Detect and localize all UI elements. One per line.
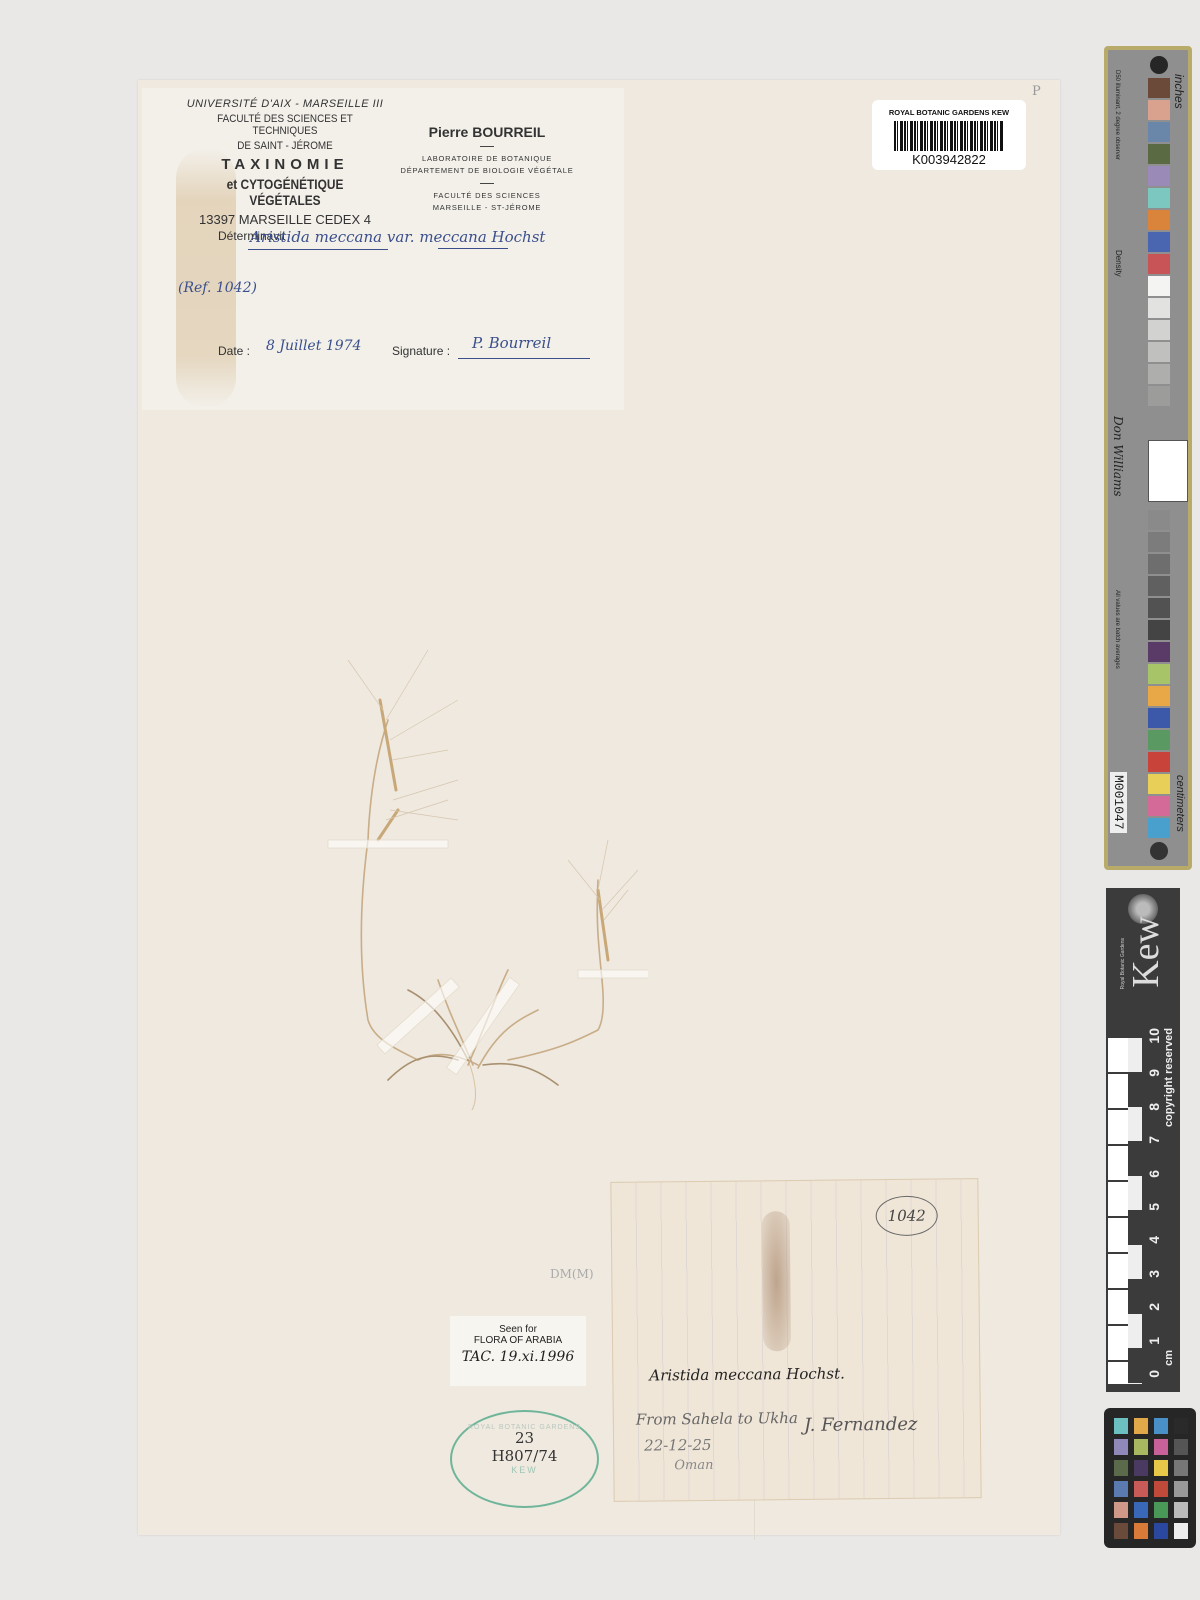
registration-dot-icon [1150,56,1168,74]
seen-for-label: Seen for FLORA OF ARABIA TAC. 19.xi.1996 [450,1316,586,1386]
institution-line: DE SAINT - JÉROME [191,140,380,152]
original-date: 22-12-25 [644,1436,712,1455]
kew-subtitle: Royal Botanic Gardens [1120,938,1126,989]
stain [762,1211,791,1351]
divider [480,183,494,184]
strip-note: D50 illuminant, 2 degree observer [1114,70,1120,160]
colour-swatch [1148,276,1170,296]
density-label: Density [1114,250,1123,277]
scale-number: 3 [1146,1270,1164,1278]
colour-patch [1174,1481,1188,1497]
scale-bar [1128,1038,1142,1384]
colour-patch [1154,1439,1168,1455]
colour-patch [1134,1481,1148,1497]
colour-patch [1174,1460,1188,1476]
colour-swatch [1148,664,1170,684]
colour-swatch [1148,774,1170,794]
original-collector: J. Fernandez [804,1414,918,1436]
colour-patch [1154,1523,1168,1539]
colour-swatch [1148,576,1170,596]
colour-swatch [1148,78,1170,98]
lab-line: FACULTÉ DES SCIENCES [397,190,577,202]
colour-swatch [1148,122,1170,142]
colour-patch [1134,1523,1148,1539]
scale-number: 9 [1146,1069,1164,1077]
colour-swatch [1148,342,1170,362]
colour-swatch [1148,210,1170,230]
institution-line: FACULTÉ DES SCIENCES ET TECHNIQUES [191,113,380,137]
colour-patch [1114,1502,1128,1518]
colour-patch [1114,1481,1128,1497]
colour-swatch [1148,144,1170,164]
underline [438,248,508,249]
swatch-column-top [1148,78,1172,408]
date-value: 8 Juillet 1974 [266,338,361,354]
inches-label: inches [1172,74,1186,109]
colour-swatch [1148,510,1170,530]
stamp-number: 23 [452,1429,597,1447]
swatch-column-bottom [1148,510,1172,840]
colour-swatch [1148,554,1170,574]
colour-patch [1174,1439,1188,1455]
colour-patch [1134,1502,1148,1518]
colour-swatch [1148,686,1170,706]
colour-target-card [1104,1408,1196,1548]
kew-scale-ruler: Kew Royal Botanic Gardens 012345678910 c… [1106,888,1180,1392]
colour-swatch [1148,254,1170,274]
plant-specimen [308,640,648,1110]
colour-swatch [1148,166,1170,186]
original-locality: From Sahela to Ukha [636,1409,798,1429]
colour-patch [1174,1418,1188,1434]
taxon-handwritten: Aristida meccana var. meccana Hochst [250,228,545,246]
colour-swatch [1148,100,1170,120]
strip-note: All values are batch averages [1114,590,1120,669]
lab-line: LABORATOIRE DE BOTANIQUE [397,153,577,165]
institution-line: et CYTOGÉNÉTIQUE VÉGÉTALES [196,176,375,208]
scale-number: 6 [1146,1170,1164,1178]
colour-swatch [1148,818,1170,838]
colour-patch [1174,1523,1188,1539]
colour-patch [1114,1523,1128,1539]
corner-mark: P [1032,84,1041,99]
colour-patch [1154,1418,1168,1434]
strip-code: M001047 [1110,772,1127,833]
colour-swatch [1148,532,1170,552]
seen-for-line: Seen for [450,1324,586,1335]
scale-number: 8 [1146,1103,1164,1111]
barcode-label: ROYAL BOTANIC GARDENS KEW K003942822 [872,100,1026,170]
density-chart [1148,440,1188,502]
colour-patch [1134,1460,1148,1476]
colour-patch [1114,1439,1128,1455]
colour-swatch [1148,598,1170,618]
colour-swatch [1148,232,1170,252]
colour-swatch [1148,188,1170,208]
colour-patch [1154,1481,1168,1497]
scale-number: 4 [1146,1236,1164,1244]
date-label: Date : [218,344,250,358]
dm-annotation: DM(M) [550,1267,594,1281]
circled-number: 1042 [875,1196,937,1237]
signature-value: P. Bourreil [472,334,551,352]
barcode-number: K003942822 [872,152,1026,167]
colour-swatch [1148,642,1170,662]
strip-brand: Don Williams [1111,416,1125,497]
colour-swatch [1148,752,1170,772]
original-taxon: Aristida meccana Hochst. [649,1364,845,1384]
herbarium-sheet: UNIVERSITÉ D'AIX - MARSEILLE III FACULTÉ… [138,80,1060,1535]
colour-swatch [1148,796,1170,816]
signature-line [458,358,590,359]
colour-swatch [1148,730,1170,750]
determination-label: UNIVERSITÉ D'AIX - MARSEILLE III FACULTÉ… [142,88,624,410]
underline [248,249,388,250]
barcode-icon [894,121,1004,151]
scale-number: 7 [1146,1136,1164,1144]
original-collection-label: 1042 Aristida meccana Hochst. From Sahel… [610,1178,981,1502]
original-place: Oman [674,1458,713,1473]
stamp-place: KEW [452,1465,597,1475]
copyright-text: copyright reserved [1163,1028,1175,1127]
colour-calibration-strip: D50 illuminant, 2 degree observer Densit… [1104,46,1192,870]
institution-line: 13397 MARSEILLE CEDEX 4 [180,212,390,227]
institution-line: UNIVERSITÉ D'AIX - MARSEILLE III [180,98,390,110]
scale-number: 0 [1146,1370,1164,1378]
colour-swatch [1148,364,1170,384]
institution-line: TAXINOMIE [180,156,390,173]
registration-dot-icon [1150,842,1168,860]
colour-swatch [1148,708,1170,728]
colour-swatch [1148,386,1170,406]
seen-for-handwritten: TAC. 19.xi.1996 [450,1349,586,1365]
colour-patch [1134,1418,1148,1434]
colour-patch [1134,1439,1148,1455]
reference-number: (Ref. 1042) [178,280,257,296]
colour-patch [1154,1502,1168,1518]
colour-patch [1114,1418,1128,1434]
divider [480,146,494,147]
colour-swatch [1148,620,1170,640]
centimeters-label: centimeters [1174,775,1186,832]
lab-line: DÉPARTEMENT DE BIOLOGIE VÉGÉTALE [397,165,577,177]
colour-patch [1114,1460,1128,1476]
barcode-institution: ROYAL BOTANIC GARDENS KEW [872,108,1026,117]
scale-number: 10 [1146,1028,1164,1044]
lab-block: Pierre BOURREIL LABORATOIRE DE BOTANIQUE… [397,124,577,214]
stamp-accession: H807/74 [452,1447,597,1465]
scale-number: 1 [1146,1337,1164,1345]
colour-patch [1174,1502,1188,1518]
seen-for-line: FLORA OF ARABIA [450,1335,586,1346]
colour-patch-grid [1114,1418,1188,1539]
determiner-name: Pierre BOURREIL [397,124,577,140]
scale-numbers: 012345678910 [1146,1028,1164,1378]
kew-logo: Kew [1124,916,1168,988]
scale-number: 5 [1146,1203,1164,1211]
lab-line: MARSEILLE - ST-JÉROME [397,202,577,214]
signature-label: Signature : [392,344,450,358]
scale-number: 2 [1146,1303,1164,1311]
kew-stamp: ROYAL BOTANIC GARDENS 23 H807/74 KEW [450,1410,599,1508]
colour-patch [1154,1460,1168,1476]
colour-swatch [1148,320,1170,340]
institution-block: UNIVERSITÉ D'AIX - MARSEILLE III FACULTÉ… [180,98,390,243]
colour-swatch [1148,298,1170,318]
cm-unit-label: cm [1163,1350,1175,1366]
